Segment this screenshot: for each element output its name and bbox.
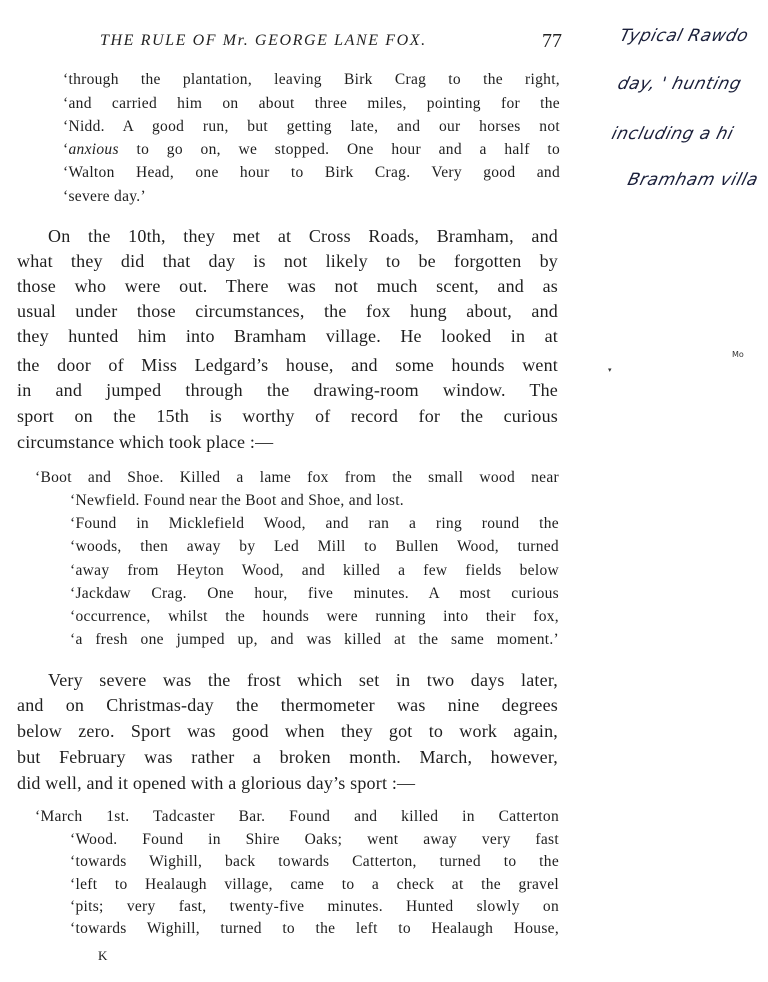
book-page: THE RULE OF Mr. GEORGE LANE FOX. 77 ‘thr… xyxy=(0,0,768,982)
quote-line: ‘Nidd. A good run, but getting late, and… xyxy=(63,118,560,136)
quote-line: ‘occurrence, whilst the hounds were runn… xyxy=(70,608,559,626)
paragraph-line: Very severe was the frost which set in t… xyxy=(48,670,558,691)
paragraph-line: usual under those circumstances, the fox… xyxy=(17,301,558,322)
handwritten-line: Bramham villa xyxy=(626,170,761,190)
page-header: THE RULE OF Mr. GEORGE LANE FOX. 77 xyxy=(100,32,570,62)
quote-line: ‘Newfield. Found near the Boot and Shoe,… xyxy=(70,492,559,510)
page-number: 77 xyxy=(542,30,562,53)
stray-ink-dot: ▾ xyxy=(608,366,612,374)
stray-ink-mark: Mo xyxy=(732,350,744,359)
paragraph-line: did well, and it opened with a glorious … xyxy=(17,773,558,794)
running-title: THE RULE OF Mr. GEORGE LANE FOX. xyxy=(100,32,427,50)
quote-line: ‘Boot and Shoe. Killed a lame fox from t… xyxy=(35,469,559,487)
paragraph-line: sport on the 15th is worthy of record fo… xyxy=(17,406,558,427)
signature-mark: K xyxy=(98,948,107,964)
paragraph-line: below zero. Sport was good when they got… xyxy=(17,721,558,742)
quote-line: ‘left to Healaugh village, came to a che… xyxy=(70,876,559,894)
quote-line: ‘towards Wighill, back towards Catterton… xyxy=(70,853,559,871)
quote-line: ‘Found in Micklefield Wood, and ran a ri… xyxy=(70,515,559,533)
handwritten-line: Typical Rawdo xyxy=(618,26,751,46)
quote-line: ‘anxious to go on, we stopped. One hour … xyxy=(63,141,560,159)
handwritten-margin-note: Typical Rawdo day, ' hunting including a… xyxy=(600,12,768,222)
handwritten-line: day, ' hunting xyxy=(616,74,744,94)
quote-line: ‘pits; very fast, twenty-five minutes. H… xyxy=(70,898,559,916)
quote-line: ‘and carried him on about three miles, p… xyxy=(63,95,560,113)
paragraph-line: in and jumped through the drawing-room w… xyxy=(17,380,558,401)
quote-line: ‘towards Wighill, turned to the left to … xyxy=(70,920,559,938)
quote-line: ‘Wood. Found in Shire Oaks; went away ve… xyxy=(70,831,559,849)
quote-line-rest: to go on, we stopped. One hour and a hal… xyxy=(136,141,560,158)
quote-line: ‘Jackdaw Crag. One hour, five minutes. A… xyxy=(70,585,559,603)
quote-line: ‘severe day.’ xyxy=(63,188,560,206)
quote-line: ‘March 1st. Tadcaster Bar. Found and kil… xyxy=(35,808,559,826)
quote-line: ‘through the plantation, leaving Birk Cr… xyxy=(63,71,560,89)
paragraph-line: and on Christmas-day the thermometer was… xyxy=(17,695,558,716)
paragraph-line: they hunted him into Bramham village. He… xyxy=(17,326,558,347)
quote-line: ‘a fresh one jumped up, and was killed a… xyxy=(70,631,559,649)
quote-line: ‘Walton Head, one hour to Birk Crag. Ver… xyxy=(63,164,560,182)
paragraph-line: On the 10th, they met at Cross Roads, Br… xyxy=(48,226,558,247)
paragraph-line: what they did that day is not likely to … xyxy=(17,251,558,272)
paragraph-line: circumstance which took place :— xyxy=(17,432,558,453)
quote-line: ‘away from Heyton Wood, and killed a few… xyxy=(70,562,559,580)
quote-line: ‘woods, then away by Led Mill to Bullen … xyxy=(70,538,559,556)
paragraph-line: the door of Miss Ledgard’s house, and so… xyxy=(17,355,558,376)
paragraph-line: but February was rather a broken month. … xyxy=(17,747,558,768)
handwritten-line: including a hi xyxy=(610,124,736,144)
emphasis-anxious: anxious xyxy=(68,141,118,158)
paragraph-line: those who were out. There was not much s… xyxy=(17,276,558,297)
